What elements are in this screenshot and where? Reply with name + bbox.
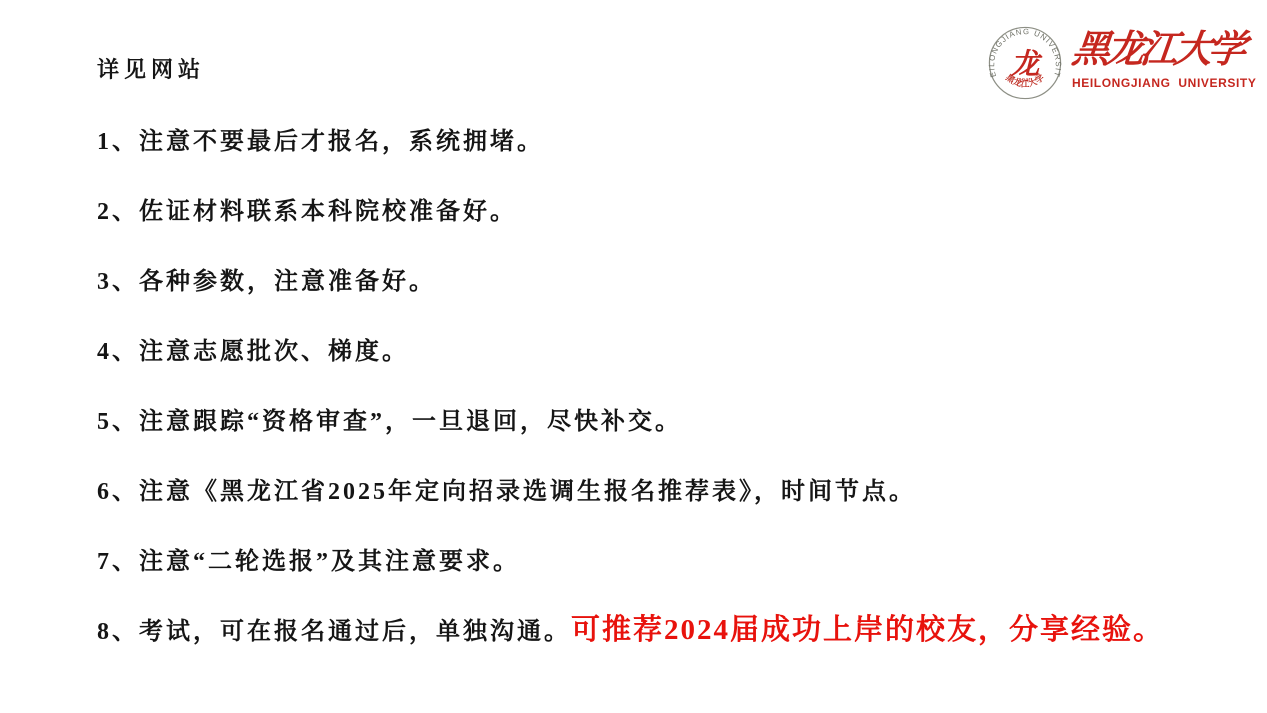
item-text: 7、注意“二轮选报”及其注意要求。 (97, 549, 520, 575)
list-item-3: 3、各种参数，注意准备好。 (97, 245, 1217, 315)
list-item-1: 1、注意不要最后才报名，系统拥堵。 (97, 105, 1217, 175)
item-text: 6、注意《黑龙江省2025年定向招录选调生报名推荐表》，时间节点。 (97, 479, 916, 505)
item-text: 3、各种参数，注意准备好。 (97, 269, 436, 295)
item-text: 4、注意志愿批次、梯度。 (97, 339, 409, 365)
item-text: 2、佐证材料联系本科院校准备好。 (97, 199, 517, 225)
item-text: 5、注意跟踪“资格审查”，一旦退回，尽快补交。 (97, 409, 682, 435)
list-item-2: 2、佐证材料联系本科院校准备好。 (97, 175, 1217, 245)
list-item-5: 5、注意跟踪“资格审查”，一旦退回，尽快补交。 (97, 385, 1217, 455)
item-highlight: 可推荐2024届成功上岸的校友，分享经验。 (571, 614, 1164, 646)
item-text: 1、注意不要最后才报名，系统拥堵。 (97, 129, 544, 155)
list-item-7: 7、注意“二轮选报”及其注意要求。 (97, 525, 1217, 595)
item-text: 8、考试，可在报名通过后，单独沟通。 (97, 619, 571, 645)
list-item-6: 6、注意《黑龙江省2025年定向招录选调生报名推荐表》，时间节点。 (97, 455, 1217, 525)
slide-title: 详见网站 (97, 35, 1217, 105)
presentation-slide: HEILONGJIANG UNIVERSITY 龙 1941 黑龙江大学 黑龙江… (0, 0, 1267, 713)
slide-content: 详见网站 1、注意不要最后才报名，系统拥堵。 2、佐证材料联系本科院校准备好。 … (97, 35, 1217, 665)
list-item-4: 4、注意志愿批次、梯度。 (97, 315, 1217, 385)
list-item-8: 8、考试，可在报名通过后，单独沟通。可推荐2024届成功上岸的校友，分享经验。 (97, 595, 1217, 665)
